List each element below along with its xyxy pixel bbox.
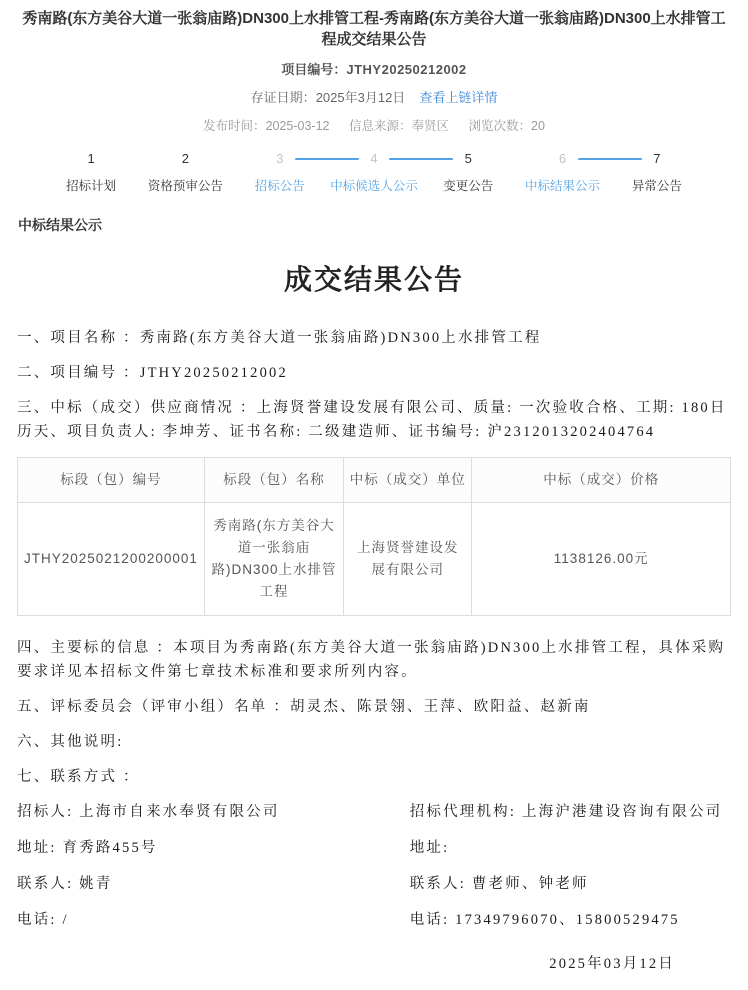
step-abnormal-announcement: 7 异常公告 [610,150,704,194]
step-label: 变更公告 [421,176,515,194]
view-count: 浏览次数：20 [469,119,545,133]
agency-address: 地址: [410,836,731,860]
project-number-row: 项目编号：JTHY20250212002 [0,59,748,78]
item-contact-heading: 七、联系方式 ： [17,765,731,789]
col-header-winning-unit: 中标（成交）单位 [344,458,472,503]
signature-date: 2025年03月12日 [17,952,731,990]
tenderer-name: 招标人: 上海市自来水奉贤有限公司 [17,800,410,824]
item-project-number: 二、项目编号 ：JTHY20250212002 [17,361,731,385]
col-header-section-name: 标段（包）名称 [204,458,343,503]
award-result-table: 标段（包）编号 标段（包）名称 中标（成交）单位 中标（成交）价格 JTHY20… [17,457,731,616]
publish-info-row: 发布时间：2025-03-12 信息来源：奉贤区 浏览次数：20 [0,116,748,134]
step-number: 2 [138,150,232,167]
step-result-publicity[interactable]: 6 中标结果公示 [515,150,609,194]
table-header-row: 标段（包）编号 标段（包）名称 中标（成交）单位 中标（成交）价格 [18,458,731,503]
col-header-section-number: 标段（包）编号 [18,458,205,503]
cert-date-value: 2025年3月12日 [316,90,406,105]
item-supplier-info: 三、中标（成交）供应商情况 ：上海贤誉建设发展有限公司、质量: 一次验收合格、工… [17,396,731,444]
step-label: 招标计划 [44,176,138,194]
step-number: 4 [327,150,421,167]
contact-block: 招标人: 上海市自来水奉贤有限公司 地址: 育秀路455号 联系人: 姚青 电话… [17,800,731,944]
cell-section-name: 秀南路(东方美谷大道一张翁庙路)DN300上水排管工程 [204,503,343,616]
table-row: JTHY2025021200200001 秀南路(东方美谷大道一张翁庙路)DN3… [18,503,731,616]
step-candidate-publicity[interactable]: 4 中标候选人公示 [327,150,421,194]
section-header: 中标结果公示 [18,215,748,235]
cell-winning-unit: 上海贤誉建设发展有限公司 [344,503,472,616]
publish-time: 发布时间：2025-03-12 [203,119,329,133]
step-number: 1 [44,150,138,167]
step-label[interactable]: 中标候选人公示 [327,176,421,194]
project-number-label: 项目编号： [281,62,346,77]
item-evaluation-committee: 五、评标委员会（评审小组）名单 ：胡灵杰、陈景翎、王萍、欧阳益、赵新南 [17,695,731,719]
cell-winning-price: 1138126.00元 [472,503,731,616]
step-number: 3 [233,150,327,167]
view-chain-details-link[interactable]: 查看上链详情 [419,90,497,105]
item-other-notes: 六、其他说明: [17,730,731,754]
step-label[interactable]: 中标结果公示 [515,176,609,194]
agency-contact-person: 联系人: 曹老师、钟老师 [410,872,731,896]
info-source: 信息来源：奉贤区 [349,119,449,133]
announcement-step-bar: 1 招标计划 2 资格预审公告 3 招标公告 4 中标候选人公示 5 变更公告 … [0,150,748,194]
notice-body: 一、项目名称 ：秀南路(东方美谷大道一张翁庙路)DN300上水排管工程 二、项目… [0,326,748,990]
item-project-name: 一、项目名称 ：秀南路(东方美谷大道一张翁庙路)DN300上水排管工程 [17,326,731,350]
step-bid-plan: 1 招标计划 [44,150,138,194]
step-change-announcement: 5 变更公告 [421,150,515,194]
col-header-winning-price: 中标（成交）价格 [472,458,731,503]
tenderer-contact: 招标人: 上海市自来水奉贤有限公司 地址: 育秀路455号 联系人: 姚青 电话… [17,800,410,944]
step-bid-announcement[interactable]: 3 招标公告 [233,150,327,194]
step-label: 异常公告 [610,176,704,194]
tenderer-contact-person: 联系人: 姚青 [17,872,410,896]
cell-section-number: JTHY2025021200200001 [18,503,205,616]
item-subject-info: 四、主要标的信息 ：本项目为秀南路(东方美谷大道一张翁庙路)DN300上水排管工… [17,636,731,684]
step-number: 6 [515,150,609,167]
step-label[interactable]: 招标公告 [233,176,327,194]
notice-title: 成交结果公告 [0,258,748,298]
agency-name: 招标代理机构: 上海沪港建设咨询有限公司 [410,800,731,824]
project-number-value: JTHY20250212002 [346,62,466,77]
agency-phone: 电话: 17349796070、15800529475 [410,908,731,932]
tenderer-address: 地址: 育秀路455号 [17,836,410,860]
cert-date-label: 存证日期： [251,90,316,105]
step-number: 5 [421,150,515,167]
step-prequalification: 2 资格预审公告 [138,150,232,194]
step-number: 7 [610,150,704,167]
tenderer-phone: 电话: / [17,908,410,932]
cert-date-row: 存证日期：2025年3月12日查看上链详情 [0,87,748,106]
page-title: 秀南路(东方美谷大道一张翁庙路)DN300上水排管工程-秀南路(东方美谷大道一张… [16,8,732,50]
agency-contact: 招标代理机构: 上海沪港建设咨询有限公司 地址: 联系人: 曹老师、钟老师 电话… [410,800,731,944]
step-label: 资格预审公告 [138,176,232,194]
